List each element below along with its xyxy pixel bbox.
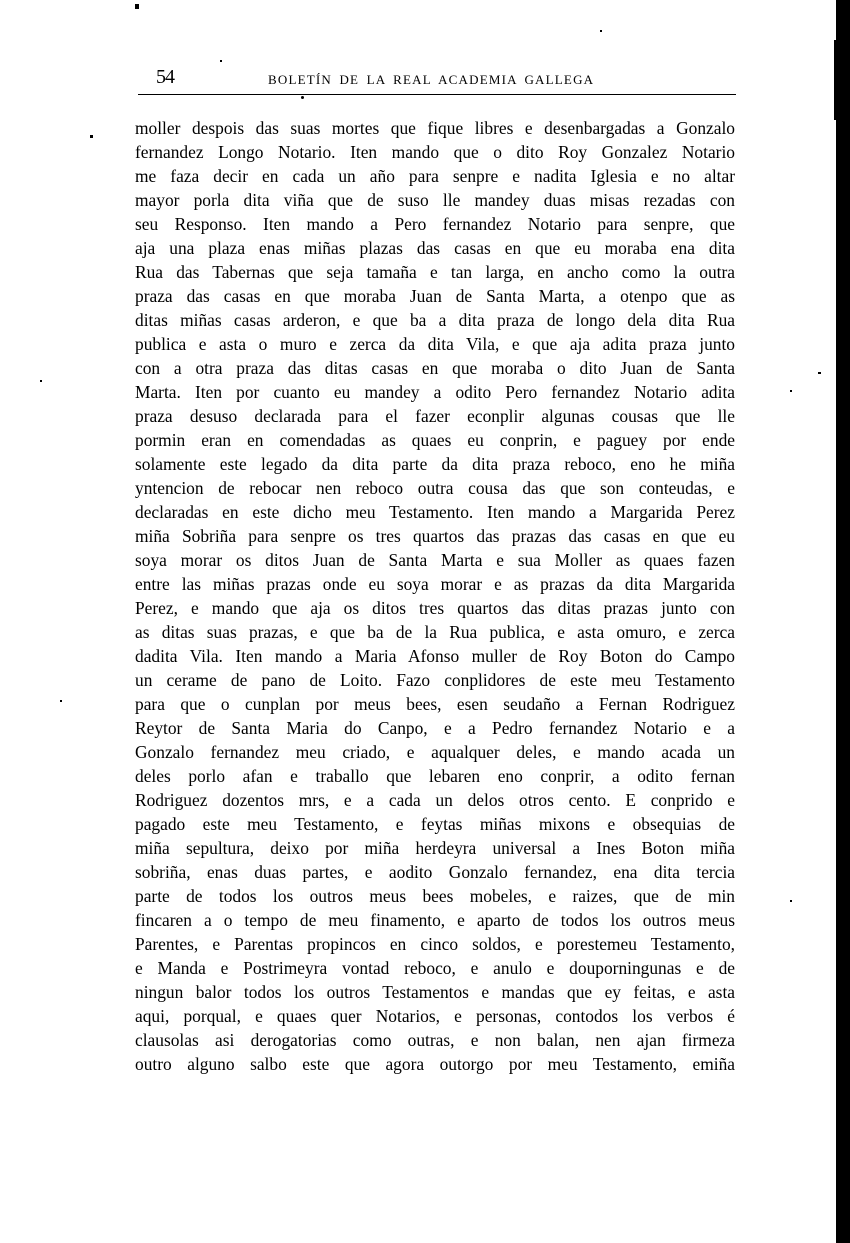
text-line: seu Responso. Iten mando a Pero fernande…: [135, 212, 735, 236]
text-line: Parentes, e Parentas propincos en cinco …: [135, 932, 735, 956]
body-text: moller despois das suas mortes que fique…: [135, 116, 735, 1076]
text-line: fernandez Longo Notario. Iten mando que …: [135, 140, 735, 164]
text-line: con a otra praza das ditas casas en que …: [135, 356, 735, 380]
text-line: ditas miñas casas arderon, e que ba a di…: [135, 308, 735, 332]
text-line: Rodriguez dozentos mrs, e a cada un delo…: [135, 788, 735, 812]
text-line: as ditas suas prazas, e que ba de la Rua…: [135, 620, 735, 644]
scan-speck: [600, 30, 602, 32]
text-line: aja una plaza enas miñas plazas das casa…: [135, 236, 735, 260]
text-line: Rua das Tabernas que seja tamaña e tan l…: [135, 260, 735, 284]
scan-speck: [790, 390, 792, 392]
scan-speck: [818, 372, 821, 374]
scan-speck: [220, 60, 222, 62]
text-line: Perez, e mando que aja os ditos tres qua…: [135, 596, 735, 620]
text-line: moller despois das suas mortes que fique…: [135, 116, 735, 140]
text-line: clausolas asi derogatorias como outras, …: [135, 1028, 735, 1052]
text-line: e Manda e Postrimeyra vontad reboco, e a…: [135, 956, 735, 980]
text-line: praza das casas en que moraba Juan de Sa…: [135, 284, 735, 308]
text-line: pagado este meu Testamento, e feytas miñ…: [135, 812, 735, 836]
text-line: sobriña, enas duas partes, e aodito Gonz…: [135, 860, 735, 884]
running-title: BOLETÍN DE LA REAL ACADEMIA GALLEGA: [268, 72, 594, 88]
text-line: fincaren a o tempo de meu finamento, e a…: [135, 908, 735, 932]
page-number: 54: [156, 66, 174, 89]
text-line: Marta. Iten por cuanto eu mandey a odito…: [135, 380, 735, 404]
scan-speck: [90, 135, 93, 138]
text-line: Gonzalo fernandez meu criado, e aqualque…: [135, 740, 735, 764]
scan-speck: [40, 380, 42, 382]
text-line: Reytor de Santa Maria do Canpo, e a Pedr…: [135, 716, 735, 740]
text-line: entre las miñas prazas onde eu soya mora…: [135, 572, 735, 596]
text-line: solamente este legado da dita parte da d…: [135, 452, 735, 476]
text-line: un cerame de pano de Loito. Fazo conplid…: [135, 668, 735, 692]
text-line: miña Sobriña para senpre os tres quartos…: [135, 524, 735, 548]
text-line: deles porlo afan e traballo que lebaren …: [135, 764, 735, 788]
text-line: me faza decir en cada un año para senpre…: [135, 164, 735, 188]
text-line: parte de todos los outros meus bees mobe…: [135, 884, 735, 908]
page-header: 54 BOLETÍN DE LA REAL ACADEMIA GALLEGA: [138, 64, 736, 95]
scan-speck: [790, 900, 792, 902]
text-line: declaradas en este dicho meu Testamento.…: [135, 500, 735, 524]
text-line: soya morar os ditos Juan de Santa Marta …: [135, 548, 735, 572]
text-line: aqui, porqual, e quaes quer Notarios, e …: [135, 1004, 735, 1028]
text-line: para que o cunplan por meus bees, esen s…: [135, 692, 735, 716]
text-line: pormin eran en comendadas as quaes eu co…: [135, 428, 735, 452]
text-line: yntencion de rebocar nen reboco outra co…: [135, 476, 735, 500]
header-rule-dot: [301, 96, 304, 99]
text-line: miña sepultura, deixo por miña herdeyra …: [135, 836, 735, 860]
scanned-page: 54 BOLETÍN DE LA REAL ACADEMIA GALLEGA m…: [0, 0, 850, 1243]
text-line: publica e asta o muro e zerca da dita Vi…: [135, 332, 735, 356]
scan-speck: [135, 4, 139, 9]
text-line: dadita Vila. Iten mando a Maria Afonso m…: [135, 644, 735, 668]
text-line: mayor porla dita viña que de suso lle ma…: [135, 188, 735, 212]
scan-edge-shadow: [836, 0, 850, 1243]
text-line: outro alguno salbo este que agora outorg…: [135, 1052, 735, 1076]
scan-speck: [60, 700, 62, 702]
text-line: praza desuso declarada para el fazer eco…: [135, 404, 735, 428]
text-line: ningun balor todos los outros Testamento…: [135, 980, 735, 1004]
